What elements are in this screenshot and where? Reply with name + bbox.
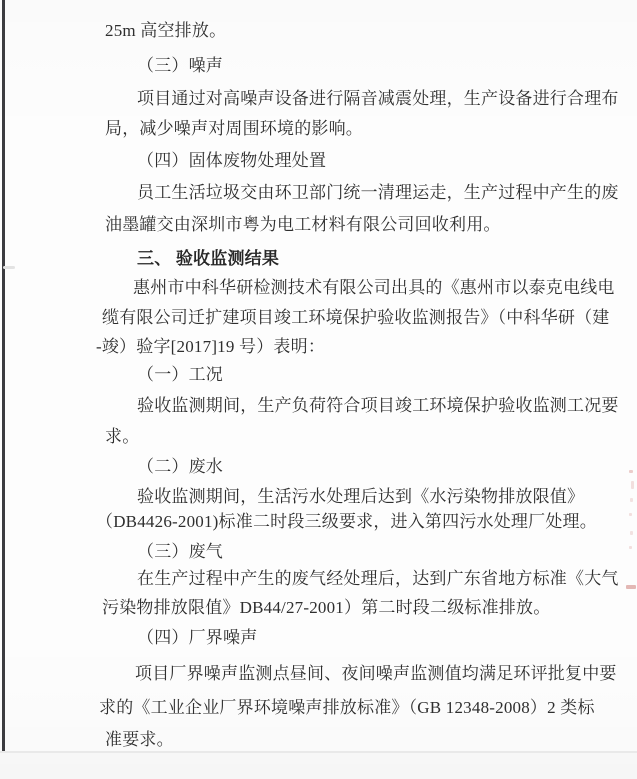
scan-edge-left — [2, 0, 5, 779]
doc-subheading: （一）工况 — [137, 364, 223, 386]
scan-smudge — [3, 266, 15, 269]
doc-line: 油墨罐交由深圳市粤为电工材料有限公司回收利用。 — [105, 214, 501, 236]
bleed-mark — [626, 585, 636, 589]
bleed-mark — [629, 513, 632, 516]
doc-line: 验收监测期间，生产负荷符合项目竣工环境保护验收监测工况要 — [137, 395, 619, 417]
doc-line: 求。 — [105, 426, 139, 448]
doc-line: 缆有限公司迁扩建项目竣工环境保护验收监测报告》（中科华研（建 — [102, 307, 610, 329]
doc-line: 惠州市中科华研检测技术有限公司出具的《惠州市以泰克电线电 — [133, 277, 615, 299]
doc-line: 污染物排放限值》DB44/27-2001）第二时段二级标准排放。 — [102, 597, 550, 619]
bleed-mark — [630, 498, 633, 502]
doc-subheading: （四）固体废物处理处置 — [137, 150, 326, 172]
doc-subheading: （二）废水 — [137, 456, 223, 478]
doc-subheading: （三）废气 — [137, 541, 223, 563]
doc-line: 25m 高空排放。 — [105, 20, 226, 42]
doc-line: 局，减少噪声对周围环境的影响。 — [105, 118, 363, 140]
doc-line: 项目厂界噪声监测点昼间、夜间噪声监测值均满足环评批复中要 — [135, 663, 617, 685]
page-bottom-margin — [0, 753, 637, 779]
doc-line: 员工生活垃圾交由环卫部门统一清理运走，生产过程中产生的废 — [137, 182, 619, 204]
doc-line: （DB4426-2001)标准二时段三级要求，进入第四污水处理厂处理。 — [96, 511, 597, 533]
bleed-mark — [630, 531, 633, 535]
doc-line: -竣）验字[2017]19 号）表明： — [96, 336, 325, 358]
doc-line: 项目通过对高噪声设备进行隔音减震处理，生产设备进行合理布 — [137, 88, 619, 110]
doc-subheading: （四）厂界噪声 — [137, 627, 257, 649]
doc-line: 准要求。 — [105, 729, 174, 751]
doc-line: 验收监测期间，生活污水处理后达到《水污染物排放限值》 — [137, 486, 584, 508]
doc-line: 在生产过程中产生的废气经处理后，达到广东省地方标准《大气 — [137, 568, 619, 590]
scanned-document-page: 25m 高空排放。 （三）噪声 项目通过对高噪声设备进行隔音减震处理，生产设备进… — [0, 0, 637, 779]
doc-section-heading: 三、 验收监测结果 — [137, 248, 279, 270]
doc-line: 求的《工业企业厂界环境噪声排放标准》（GB 12348-2008）2 类标 — [99, 697, 595, 719]
bleed-mark — [629, 546, 632, 549]
bleed-mark — [629, 470, 633, 473]
doc-subheading: （三）噪声 — [137, 55, 223, 77]
bleed-mark — [631, 481, 634, 489]
